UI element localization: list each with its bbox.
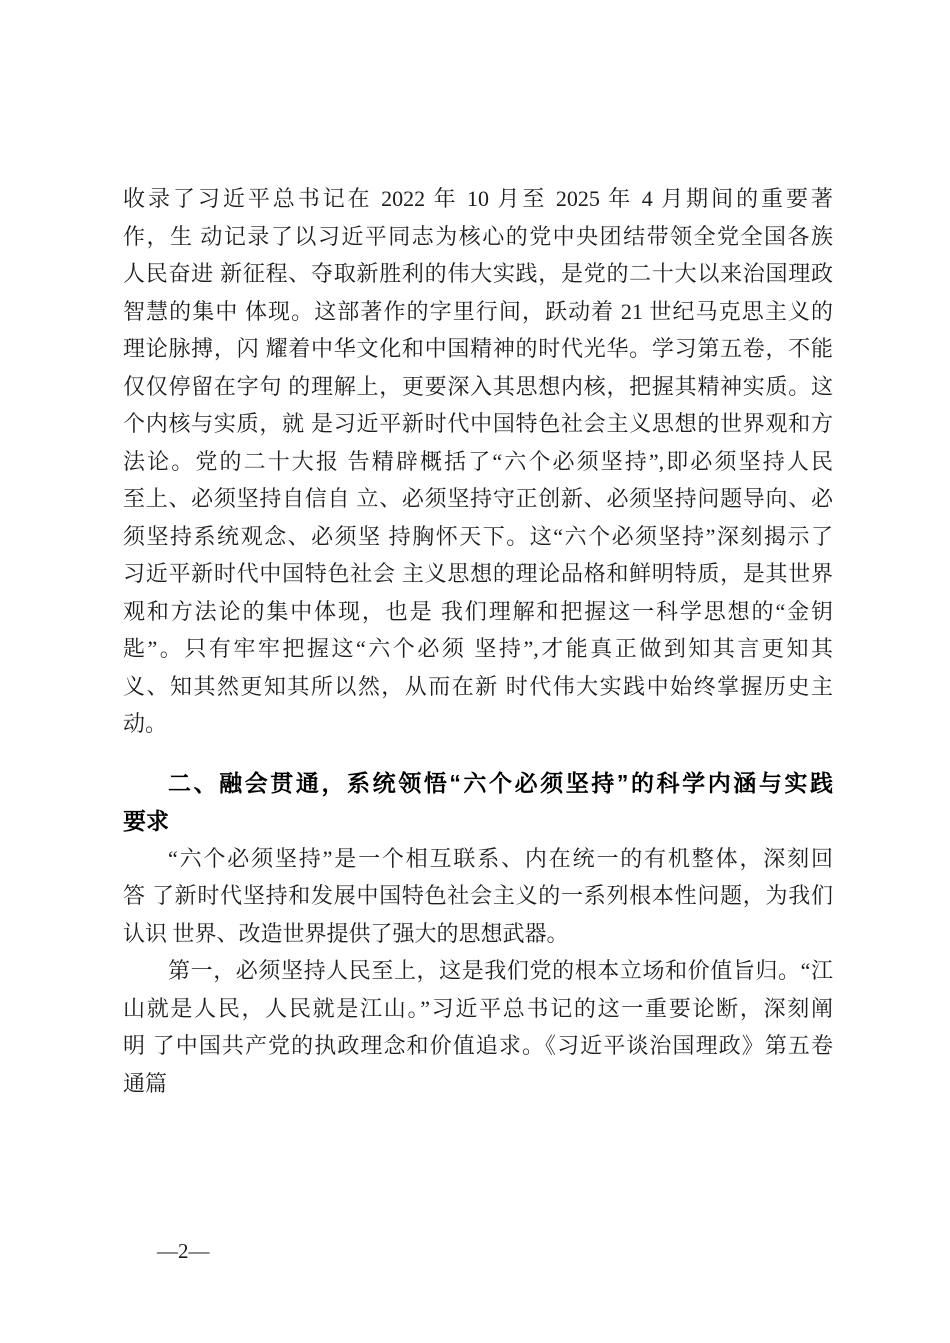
text-line: 收录了习近平总书记在 2022 年 10 月至 2025 年 4 月期间的重要著 bbox=[123, 180, 833, 218]
text-line: 理论脉搏，闪 耀着中华文化和中国精神的时代光华。学习第五卷，不能 bbox=[123, 330, 833, 368]
paragraph-2: “六个必须坚持”是一个相互联系、内在统一的有机整体，深刻回 答 了新时代坚持和发… bbox=[123, 840, 833, 953]
text-line: 匙”。只有牢牢把握这“六个必须 坚持”,才能真正做到知其言更知其 bbox=[123, 630, 833, 668]
page-number: —2— bbox=[157, 1238, 210, 1264]
text-line: 作，生 动记录了以习近平同志为核心的党中央团结带领全党全国各族 bbox=[123, 218, 833, 256]
paragraph-1: 收录了习近平总书记在 2022 年 10 月至 2025 年 4 月期间的重要著… bbox=[123, 180, 833, 743]
text-line: 至上、必须坚持自信自 立、必须坚持守正创新、必须坚持问题导向、必 bbox=[123, 480, 833, 518]
text-line: 山就是人民，人民就是江山。”习近平总书记的这一重要论断，深刻阐 bbox=[123, 990, 833, 1028]
text-line: 仅仅停留在字句 的理解上，更要深入其思想内核，把握其精神实质。这 bbox=[123, 368, 833, 406]
text-line: 第一，必须坚持人民至上，这是我们党的根本立场和价值旨归。“江 bbox=[123, 952, 833, 990]
text-line: 认识 世界、改造世界提供了强大的思想武器。 bbox=[123, 915, 833, 953]
text-line: 观和方法论的集中体现，也是 我们理解和把握这一科学思想的“金钥 bbox=[123, 593, 833, 631]
text-line: 通篇 bbox=[123, 1065, 833, 1103]
text-line: “六个必须坚持”是一个相互联系、内在统一的有机整体，深刻回 bbox=[123, 840, 833, 878]
text-line: 须坚持系统观念、必须坚 持胸怀天下。这“六个必须坚持”深刻揭示了 bbox=[123, 518, 833, 556]
section-heading-line: 二、融会贯通，系统领悟“六个必须坚持”的科学内涵与实践 bbox=[123, 764, 833, 802]
text-line: 智慧的集中 体现。这部著作的字里行间，跃动着 21 世纪马克思主义的 bbox=[123, 293, 833, 331]
text-line: 义、知其然更知其所以然，从而在新 时代伟大实践中始终掌握历史主 bbox=[123, 668, 833, 706]
paragraph-3: 第一，必须坚持人民至上，这是我们党的根本立场和价值旨归。“江 山就是人民，人民就… bbox=[123, 952, 833, 1102]
section-heading: 二、融会贯通，系统领悟“六个必须坚持”的科学内涵与实践 要求 bbox=[123, 764, 833, 840]
document-page: { "document": { "paragraph1": { "lines":… bbox=[0, 0, 950, 1343]
text-line: 动。 bbox=[123, 705, 833, 743]
text-line: 个内核与实质，就 是习近平新时代中国特色社会主义思想的世界观和方 bbox=[123, 405, 833, 443]
text-column: 收录了习近平总书记在 2022 年 10 月至 2025 年 4 月期间的重要著… bbox=[123, 180, 833, 1102]
text-line: 答 了新时代坚持和发展中国特色社会主义的一系列根本性问题，为我们 bbox=[123, 877, 833, 915]
section-heading-line: 要求 bbox=[123, 802, 833, 840]
text-line: 法论。党的二十大报 告精辟概括了“六个必须坚持”,即必须坚持人民 bbox=[123, 443, 833, 481]
text-line: 明 了中国共产党的执政理念和价值追求。《习近平谈治国理政》第五卷 bbox=[123, 1027, 833, 1065]
text-line: 人民奋进 新征程、夺取新胜利的伟大实践，是党的二十大以来治国理政 bbox=[123, 255, 833, 293]
text-line: 习近平新时代中国特色社会 主义思想的理论品格和鲜明特质，是其世界 bbox=[123, 555, 833, 593]
